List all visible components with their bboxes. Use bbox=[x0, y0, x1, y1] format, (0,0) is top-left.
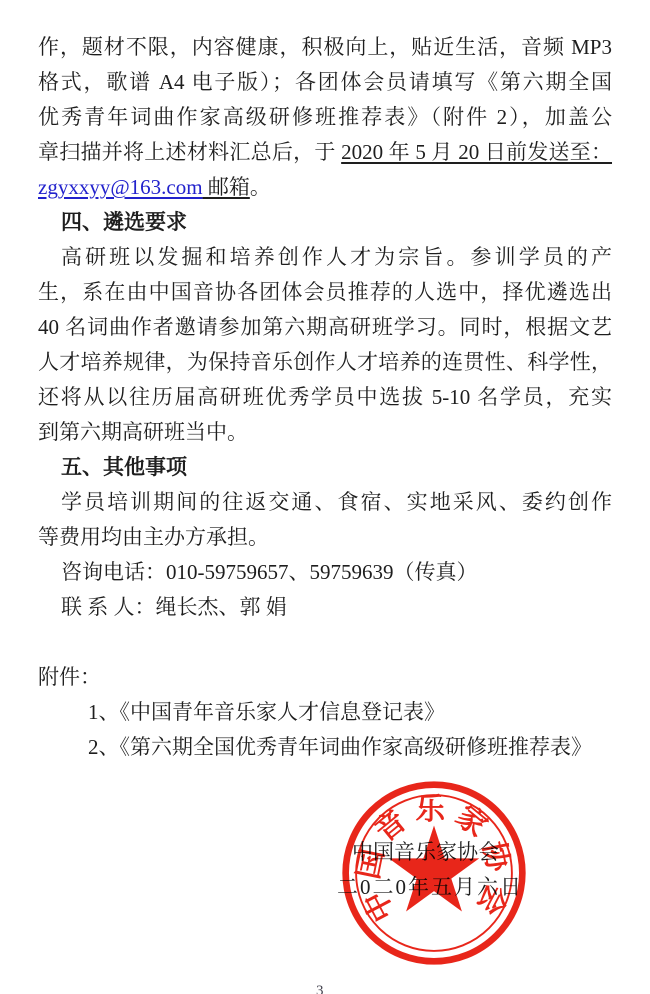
body-line-deadline: 章扫描并将上述材料汇总后，于 2020 年 5 月 20 日前发送至： bbox=[38, 135, 612, 170]
body-line: 作，题材不限，内容健康，积极向上，贴近生活，音频 MP3 bbox=[38, 30, 612, 65]
body-line-email: zgyxxyy@163.com 邮箱。 bbox=[38, 170, 612, 205]
body-line: 学员培训期间的往返交通、食宿、实地采风、委约创作 bbox=[38, 485, 612, 520]
body-line: 还将从以往历届高研班优秀学员中选拔 5-10 名学员，充实 bbox=[38, 380, 612, 415]
phone-line: 咨询电话：010-59759657、59759639（传真） bbox=[38, 555, 612, 590]
email-link[interactable]: zgyxxyy@163.com bbox=[38, 175, 203, 199]
document-body: 作，题材不限，内容健康，积极向上，贴近生活，音频 MP3 格式，歌谱 A4 电子… bbox=[38, 30, 612, 905]
body-line: 40 名词曲作者邀请参加第六期高研班学习。同时，根据文艺 bbox=[38, 310, 612, 345]
body-line: 到第六期高研班当中。 bbox=[38, 415, 612, 450]
blank-line bbox=[38, 765, 612, 800]
blank-line bbox=[38, 800, 612, 835]
attachments-label: 附件： bbox=[38, 660, 612, 695]
attachment-item: 1、《中国青年音乐家人才信息登记表》 bbox=[38, 695, 612, 730]
blank-line bbox=[38, 625, 612, 660]
section-heading-5: 五、其他事项 bbox=[38, 450, 612, 485]
body-line: 优秀青年词曲作家高级研修班推荐表》（附件 2），加盖公 bbox=[38, 100, 612, 135]
signature-org: 中国音乐家协会 bbox=[38, 835, 612, 870]
email-period: 。 bbox=[250, 175, 271, 199]
attachment-item: 2、《第六期全国优秀青年词曲作家高级研修班推荐表》 bbox=[38, 730, 612, 765]
page-number: 3 bbox=[316, 984, 330, 994]
body-line: 人才培养规律，为保持音乐创作人才培养的连贯性、科学性， bbox=[38, 345, 612, 380]
deadline-prefix: 章扫描并将上述材料汇总后，于 bbox=[38, 140, 341, 164]
body-line: 格式，歌谱 A4 电子版）；各团体会员请填写《第六期全国 bbox=[38, 65, 612, 100]
page-root: { "page": { "number": "3" }, "colors": {… bbox=[0, 0, 650, 994]
signature-date: 二0二0年五月六日 bbox=[38, 870, 612, 905]
body-line: 生，系在由中国音协各团体会员推荐的人选中，择优遴选出 bbox=[38, 275, 612, 310]
contact-line: 联 系 人：绳长杰、郭 娟 bbox=[38, 590, 612, 625]
deadline-underlined: 2020 年 5 月 20 日前发送至： bbox=[341, 140, 612, 164]
section-heading-4: 四、遴选要求 bbox=[38, 205, 612, 240]
email-suffix: 邮箱 bbox=[203, 175, 250, 199]
body-line: 等费用均由主办方承担。 bbox=[38, 520, 612, 555]
body-line: 高研班以发掘和培养创作人才为宗旨。参训学员的产 bbox=[38, 240, 612, 275]
